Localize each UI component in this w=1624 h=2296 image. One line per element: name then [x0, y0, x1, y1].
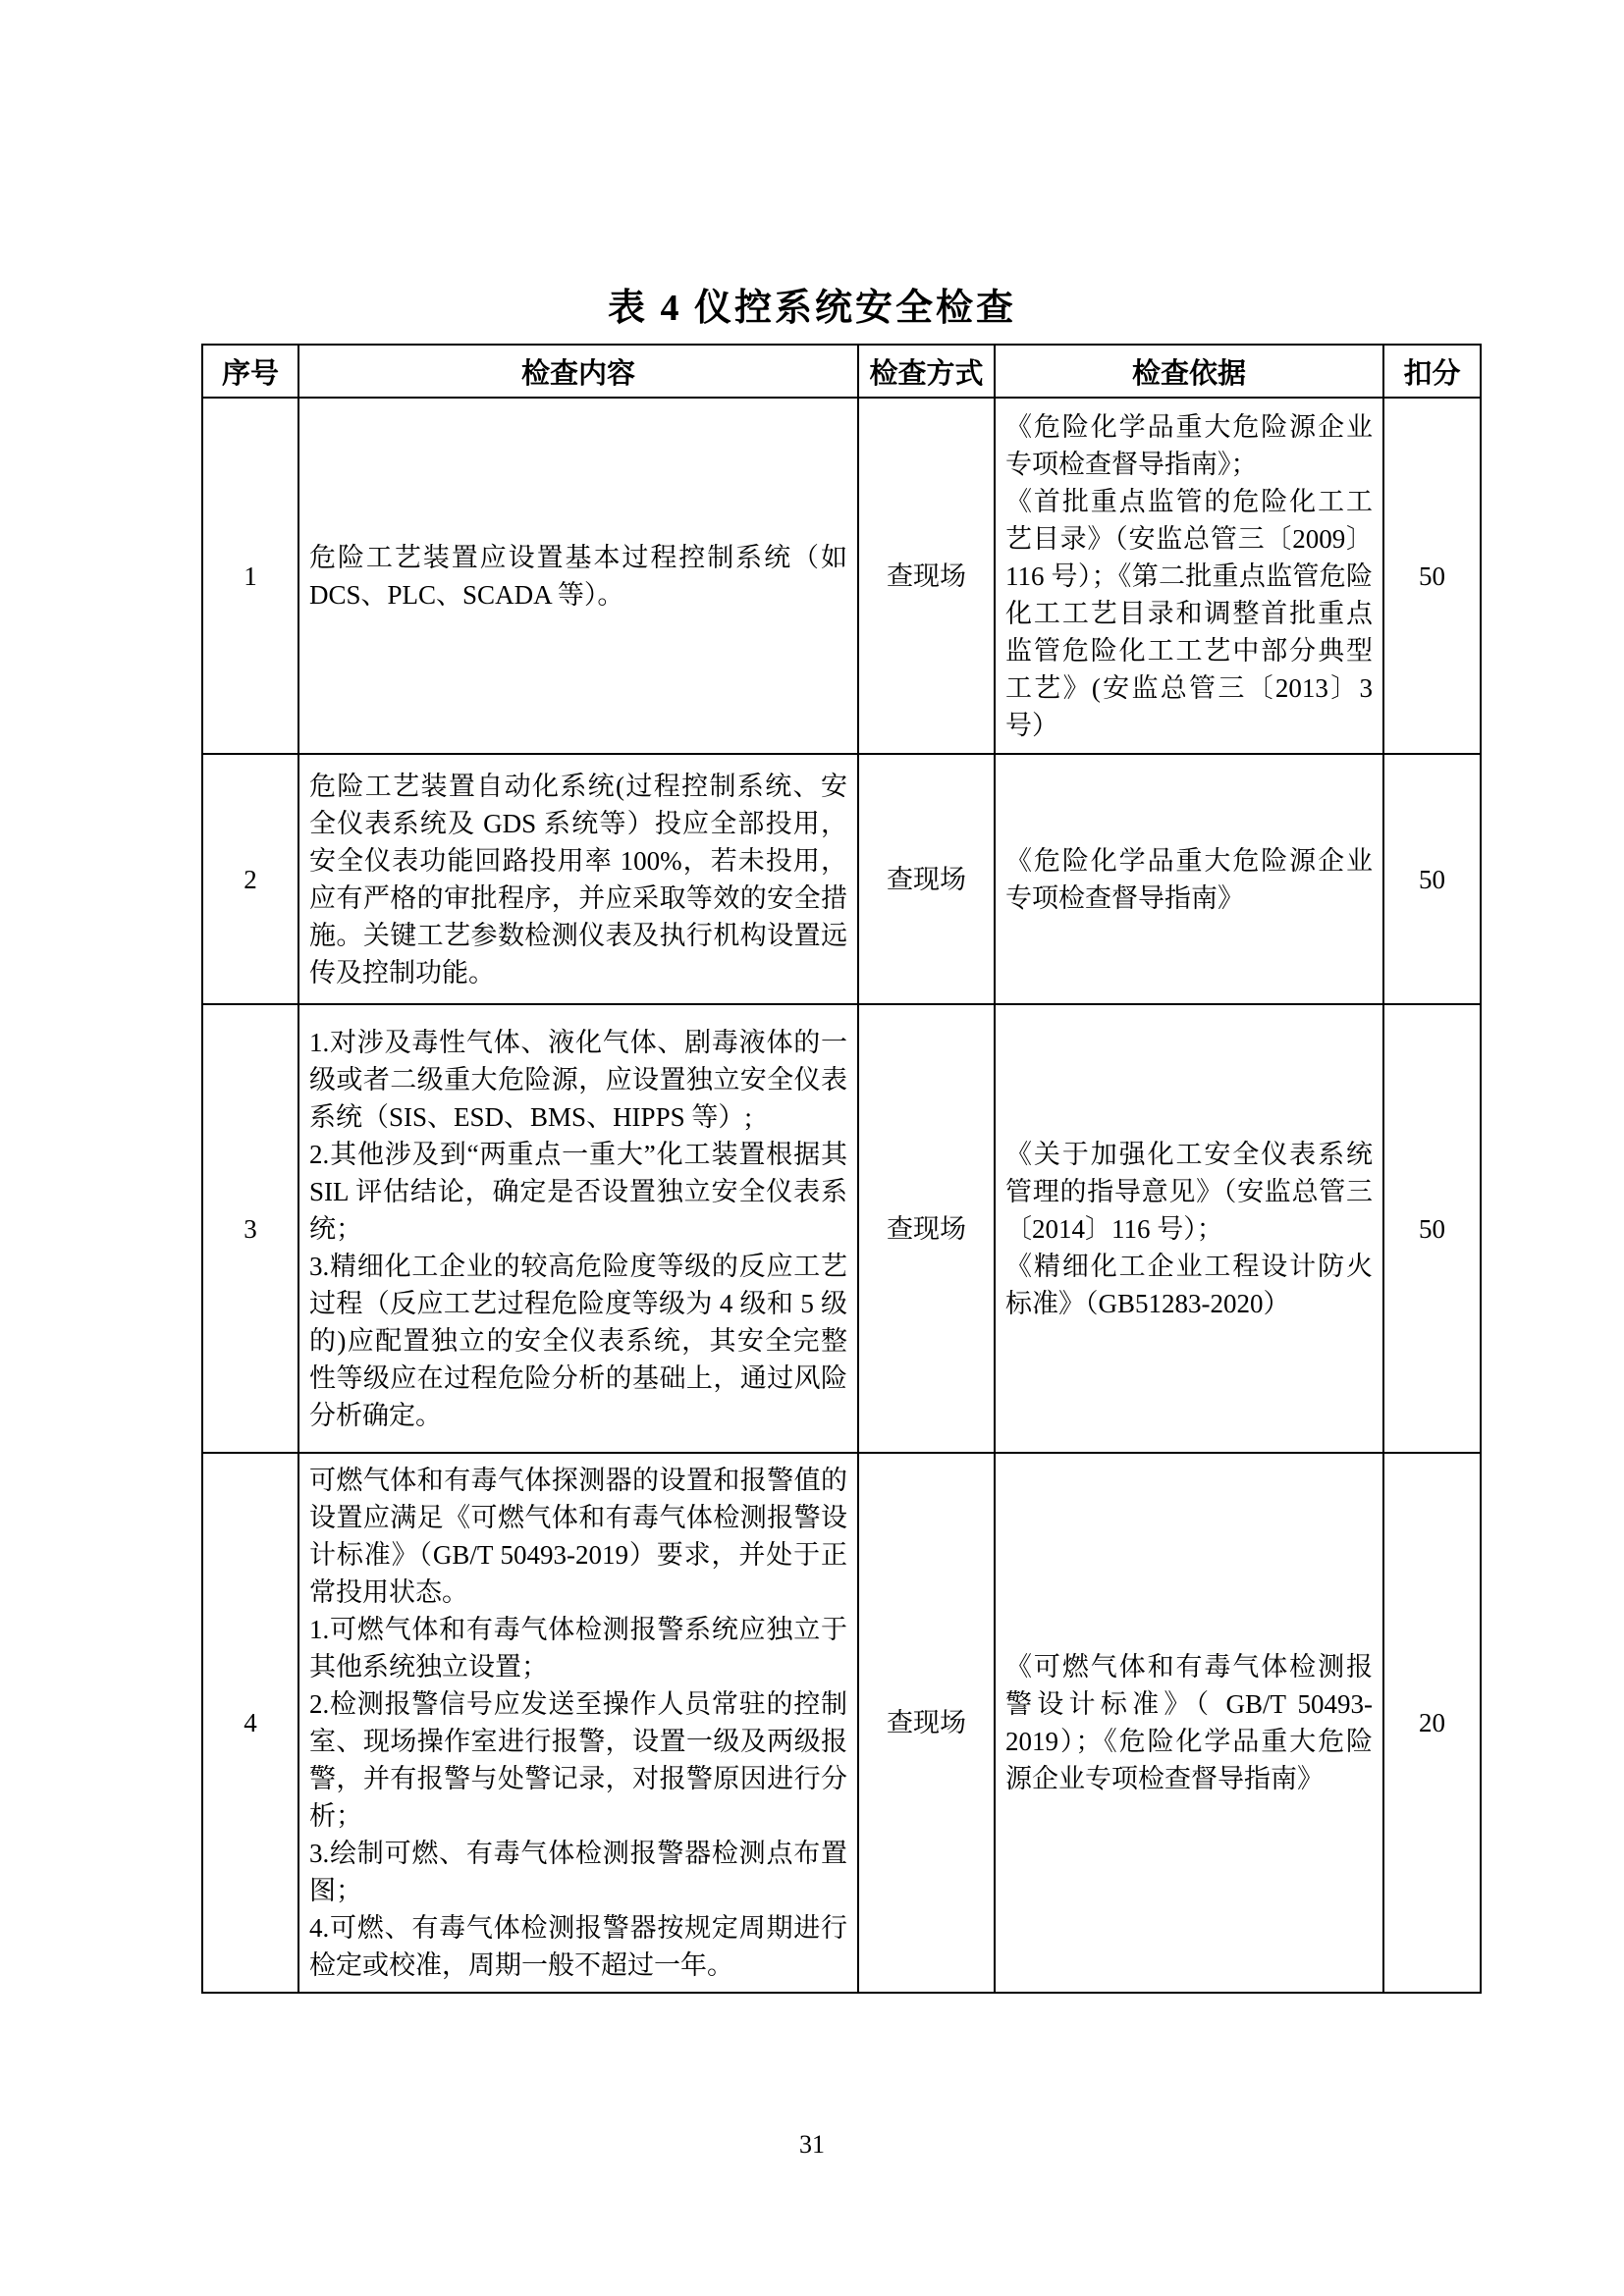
basis-cell: 《危险化学品重大危险源企业专项检查督导指南》	[995, 754, 1383, 1004]
content-paragraph: 1.对涉及毒性气体、液化气体、剧毒液体的一级或者二级重大危险源，应设置独立安全仪…	[309, 1024, 847, 1136]
serial-cell: 4	[202, 1453, 298, 1993]
content-cell: 危险工艺装置自动化系统(过程控制系统、安全仪表系统及 GDS 系统等）投应全部投…	[298, 754, 858, 1004]
content-paragraph: 2.其他涉及到“两重点一重大”化工装置根据其 SIL 评估结论，确定是否设置独立…	[309, 1136, 847, 1248]
method-cell: 查现场	[858, 1453, 995, 1993]
deduction-cell: 20	[1383, 1453, 1481, 1993]
content-paragraph: 危险工艺装置应设置基本过程控制系统（如 DCS、PLC、SCADA 等）。	[309, 539, 847, 614]
table-row: 31.对涉及毒性气体、液化气体、剧毒液体的一级或者二级重大危险源，应设置独立安全…	[202, 1004, 1481, 1453]
page-number: 31	[0, 2130, 1624, 2160]
content-paragraph: 2.检测报警信号应发送至操作人员常驻的控制室、现场操作室进行报警，设置一级及两级…	[309, 1685, 847, 1835]
serial-cell: 3	[202, 1004, 298, 1453]
basis-paragraph: 《精细化工企业工程设计防火标准》（GB51283-2020）	[1005, 1248, 1373, 1322]
basis-paragraph: 《危险化学品重大危险源企业专项检查督导指南》	[1005, 842, 1373, 917]
content-paragraph: 4.可燃、有毒气体检测报警器按规定周期进行检定或校准，周期一般不超过一年。	[309, 1909, 847, 1984]
header-row: 序号 检查内容 检查方式 检查依据 扣分	[202, 345, 1481, 398]
deduction-cell: 50	[1383, 1004, 1481, 1453]
basis-paragraph: 《关于加强化工安全仪表系统管理的指导意见》（安监总管三〔2014〕116 号）；	[1005, 1136, 1373, 1248]
table-row: 4可燃气体和有毒气体探测器的设置和报警值的设置应满足《可燃气体和有毒气体检测报警…	[202, 1453, 1481, 1993]
table-body: 1危险工艺装置应设置基本过程控制系统（如 DCS、PLC、SCADA 等）。查现…	[202, 398, 1481, 1993]
basis-paragraph: 《可燃气体和有毒气体检测报警设计标准》（ GB/T 50493-2019）；《危…	[1005, 1648, 1373, 1797]
content-paragraph: 可燃气体和有毒气体探测器的设置和报警值的设置应满足《可燃气体和有毒气体检测报警设…	[309, 1462, 847, 1611]
table-header: 序号 检查内容 检查方式 检查依据 扣分	[202, 345, 1481, 398]
basis-paragraph: 《危险化学品重大危险源企业专项检查督导指南》；	[1005, 408, 1373, 483]
content-paragraph: 3.精细化工企业的较高危险度等级的反应工艺过程（反应工艺过程危险度等级为 4 级…	[309, 1248, 847, 1434]
deduction-cell: 50	[1383, 398, 1481, 754]
basis-cell: 《可燃气体和有毒气体检测报警设计标准》（ GB/T 50493-2019）；《危…	[995, 1453, 1383, 1993]
basis-cell: 《关于加强化工安全仪表系统管理的指导意见》（安监总管三〔2014〕116 号）；…	[995, 1004, 1383, 1453]
header-method: 检查方式	[858, 345, 995, 398]
method-cell: 查现场	[858, 754, 995, 1004]
header-content: 检查内容	[298, 345, 858, 398]
deduction-cell: 50	[1383, 754, 1481, 1004]
inspection-table: 序号 检查内容 检查方式 检查依据 扣分 1危险工艺装置应设置基本过程控制系统（…	[201, 344, 1482, 1994]
page-title: 表 4 仪控系统安全检查	[0, 277, 1624, 331]
serial-cell: 1	[202, 398, 298, 754]
content-paragraph: 危险工艺装置自动化系统(过程控制系统、安全仪表系统及 GDS 系统等）投应全部投…	[309, 768, 847, 991]
content-cell: 可燃气体和有毒气体探测器的设置和报警值的设置应满足《可燃气体和有毒气体检测报警设…	[298, 1453, 858, 1993]
basis-cell: 《危险化学品重大危险源企业专项检查督导指南》；《首批重点监管的危险化工工艺目录》…	[995, 398, 1383, 754]
method-cell: 查现场	[858, 1004, 995, 1453]
header-serial: 序号	[202, 345, 298, 398]
table-row: 2危险工艺装置自动化系统(过程控制系统、安全仪表系统及 GDS 系统等）投应全部…	[202, 754, 1481, 1004]
content-cell: 1.对涉及毒性气体、液化气体、剧毒液体的一级或者二级重大危险源，应设置独立安全仪…	[298, 1004, 858, 1453]
basis-paragraph: 《首批重点监管的危险化工工艺目录》（安监总管三〔2009〕116 号）；《第二批…	[1005, 483, 1373, 744]
method-cell: 查现场	[858, 398, 995, 754]
serial-cell: 2	[202, 754, 298, 1004]
header-basis: 检查依据	[995, 345, 1383, 398]
table-row: 1危险工艺装置应设置基本过程控制系统（如 DCS、PLC、SCADA 等）。查现…	[202, 398, 1481, 754]
content-paragraph: 1.可燃气体和有毒气体检测报警系统应独立于其他系统独立设置；	[309, 1611, 847, 1685]
content-cell: 危险工艺装置应设置基本过程控制系统（如 DCS、PLC、SCADA 等）。	[298, 398, 858, 754]
header-deduction: 扣分	[1383, 345, 1481, 398]
content-paragraph: 3.绘制可燃、有毒气体检测报警器检测点布置图；	[309, 1835, 847, 1909]
